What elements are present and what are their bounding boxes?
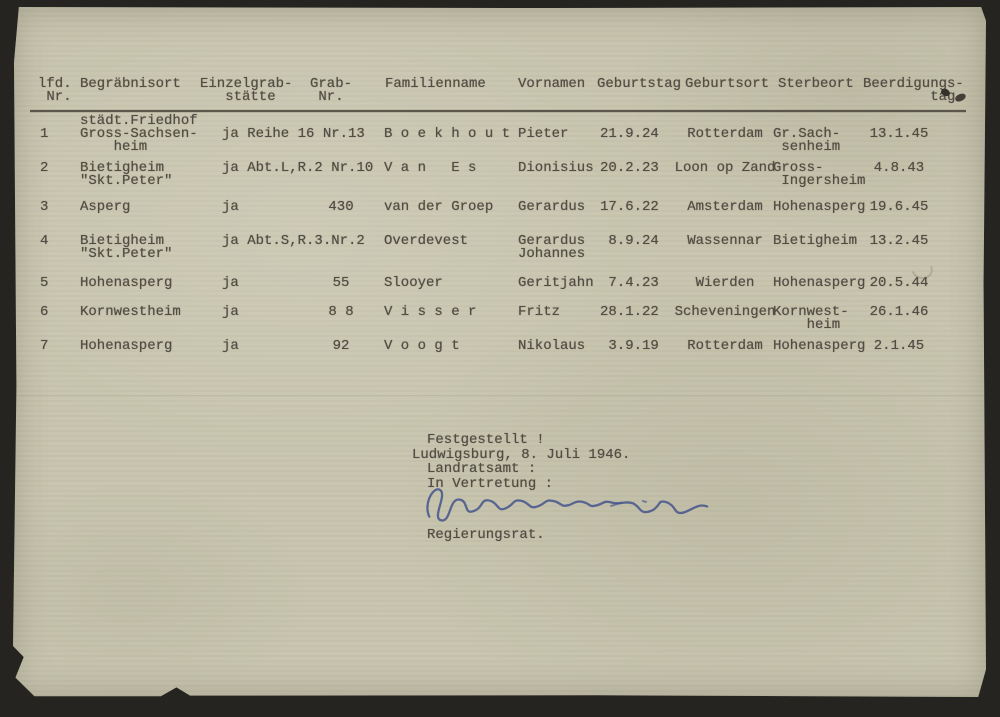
- table-cell: 5: [40, 277, 48, 290]
- table-cell: Bietigheim "Skt.Peter": [80, 162, 172, 188]
- table-cell: 92: [309, 340, 373, 353]
- table-cell: Nikolaus: [518, 340, 585, 353]
- table-cell: ja: [222, 306, 239, 319]
- table-cell: 20.2.23: [600, 162, 659, 175]
- table-cell: städt.Friedhof Gross-Sachsen- heim: [80, 115, 198, 154]
- table-cell: 7.4.23: [600, 277, 659, 290]
- table-cell: Pieter: [518, 128, 568, 141]
- table-cell: Gr.Sach- senheim: [773, 128, 840, 154]
- table-cell: Gerardus: [518, 201, 585, 214]
- table-cell: 3.9.19: [600, 340, 659, 353]
- table-cell: 430: [309, 201, 373, 214]
- table-cell: Hohenasperg: [773, 340, 865, 353]
- table-cell: ja: [222, 201, 239, 214]
- table-cell: 19.6.45: [857, 201, 941, 214]
- table-cell: Hohenasperg: [80, 277, 172, 290]
- table-cell: Slooyer: [384, 277, 443, 290]
- table-cell: 2: [40, 162, 48, 175]
- table-cell: ja Abt.L,R.2 Nr.10: [222, 162, 373, 175]
- table-cell: Bietigheim: [773, 235, 857, 248]
- table-header-cell: Geburtstag: [597, 78, 681, 91]
- table-cell: 8 8: [309, 306, 373, 319]
- table-header-cell: Sterbeort: [778, 78, 854, 91]
- table-header-cell: Geburtsort: [685, 78, 769, 91]
- table-cell: Wierden: [663, 277, 787, 290]
- table-cell: 26.1.46: [857, 306, 941, 319]
- table-header-cell: Einzelgrab- stätte: [200, 78, 292, 104]
- table-cell: Hohenasperg: [773, 201, 865, 214]
- table-header-cell: Begräbnisort: [80, 78, 181, 91]
- table-cell: V o o g t: [384, 340, 460, 353]
- table-cell: Bietigheim "Skt.Peter": [80, 235, 172, 261]
- table-cell: V a n E s: [384, 162, 476, 175]
- table-cell: 28.1.22: [600, 306, 659, 319]
- table-cell: 1: [40, 128, 48, 141]
- table-cell: ja Reihe 16 Nr.13: [222, 128, 365, 141]
- table-cell: Gross- Ingersheim: [773, 162, 865, 188]
- table-cell: 21.9.24: [600, 128, 659, 141]
- table-cell: 55: [309, 277, 373, 290]
- table-header-cell: Vornamen: [518, 78, 585, 91]
- table-cell: 4.8.43: [857, 162, 941, 175]
- table-cell: 6: [40, 306, 48, 319]
- table-cell: Gerardus Johannes: [518, 235, 585, 261]
- table-cell: Scheveningen: [663, 306, 787, 319]
- table-cell: 17.6.22: [600, 201, 659, 214]
- table-cell: 7: [40, 340, 48, 353]
- table-cell: Rotterdam: [663, 340, 787, 353]
- table-cell: Kornwest- heim: [773, 306, 849, 332]
- table-cell: 4: [40, 235, 48, 248]
- table-cell: ja: [222, 340, 239, 353]
- place-date-line: Ludwigsburg, 8. Juli 1946.: [412, 448, 630, 462]
- table-cell: ja Abt.S,R.3.Nr.2: [222, 235, 365, 248]
- table-cell: V i s s e r: [384, 306, 476, 319]
- table-cell: Hohenasperg: [773, 277, 865, 290]
- table-header-cell: Grab- Nr.: [310, 78, 352, 104]
- table-cell: ja: [222, 277, 239, 290]
- table-cell: Hohenasperg: [80, 340, 172, 353]
- attestation-title: Festgestellt !: [427, 433, 545, 447]
- table-cell: Overdevest: [384, 235, 468, 248]
- table-cell: van der Groep: [384, 201, 493, 214]
- table-cell: Fritz: [518, 306, 560, 319]
- table-cell: Rotterdam: [663, 128, 787, 141]
- scanned-document-page: { "colors": { "background": "#262420", "…: [0, 0, 1000, 717]
- table-cell: Geritjahn: [518, 277, 594, 290]
- table-cell: 13.2.45: [857, 235, 941, 248]
- table-cell: Loon op Zand: [663, 162, 787, 175]
- header-divider-line: [30, 110, 966, 112]
- table-cell: Wassennar: [663, 235, 787, 248]
- table-cell: B o e k h o u t: [384, 128, 510, 141]
- table-cell: Amsterdam: [663, 201, 787, 214]
- table-cell: 2.1.45: [857, 340, 941, 353]
- table-header-cell: Familienname: [385, 78, 486, 91]
- table-cell: 3: [40, 201, 48, 214]
- table-cell: 20.5.44: [857, 277, 941, 290]
- paper-crease: [13, 395, 986, 396]
- table-header-cell: lfd. Nr.: [38, 78, 72, 104]
- table-cell: Kornwestheim: [80, 306, 181, 319]
- table-cell: 8.9.24: [600, 235, 659, 248]
- table-cell: 13.1.45: [857, 128, 941, 141]
- table-cell: Dionisius: [518, 162, 594, 175]
- document-paper: lfd. Nr.BegräbnisortEinzelgrab- stätteGr…: [13, 7, 986, 697]
- table-cell: Asperg: [80, 201, 130, 214]
- signer-title-line: Regierungsrat.: [427, 528, 545, 542]
